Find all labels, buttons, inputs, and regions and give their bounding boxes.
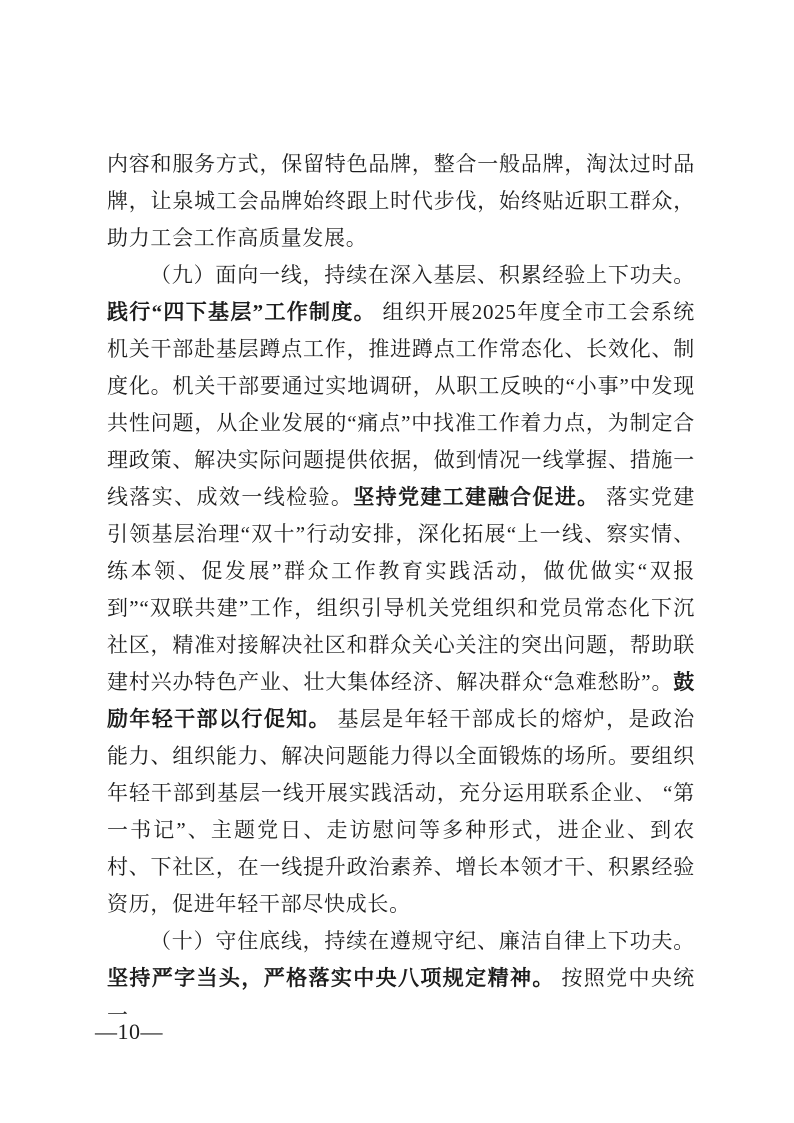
bold-text-run: 坚持党建工建融合促进。 [353,485,599,509]
bold-text-run: 践行“四下基层”工作制度。 [107,300,376,324]
paragraph-brand-continuation: 内容和服务方式，保留特色品牌，整合一般品牌，淘汰过时品牌，让泉城工会品牌始终跟上… [107,146,695,257]
text-run: （九）面向一线，持续在深入基层、积累经验上下功夫。 [150,263,695,287]
text-run: 内容和服务方式，保留特色品牌，整合一般品牌，淘汰过时品牌，让泉城工会品牌始终跟上… [107,152,695,250]
document-body: 内容和服务方式，保留特色品牌，整合一般品牌，淘汰过时品牌，让泉城工会品牌始终跟上… [107,146,695,1034]
page-number: —10— [95,1019,163,1045]
text-run: 落实党建引领基层治理“双十”行动安排，深化拓展“上一线、察实情、练本领、促发展”… [107,485,695,694]
document-page: 内容和服务方式，保留特色品牌，整合一般品牌，淘汰过时品牌，让泉城工会品牌始终跟上… [0,0,794,1123]
text-run: 基层是年轻干部成长的熔炉，是政治能力、组织能力、解决问题能力得以全面锻炼的场所。… [107,707,695,916]
bold-text-run: 坚持严字当头，严格落实中央八项规定精神。 [107,966,555,990]
text-run: 组织开展2025年度全市工会系统机关干部赴基层蹲点工作，推进蹲点工作常态化、长效… [107,300,695,509]
paragraph-section-ten: （十）守住底线，持续在遵规守纪、廉洁自律上下功夫。坚持严字当头，严格落实中央八项… [107,923,695,1034]
paragraph-section-nine: （九）面向一线，持续在深入基层、积累经验上下功夫。践行“四下基层”工作制度。 组… [107,257,695,923]
text-run: （十）守住底线，持续在遵规守纪、廉洁自律上下功夫。 [150,929,695,953]
